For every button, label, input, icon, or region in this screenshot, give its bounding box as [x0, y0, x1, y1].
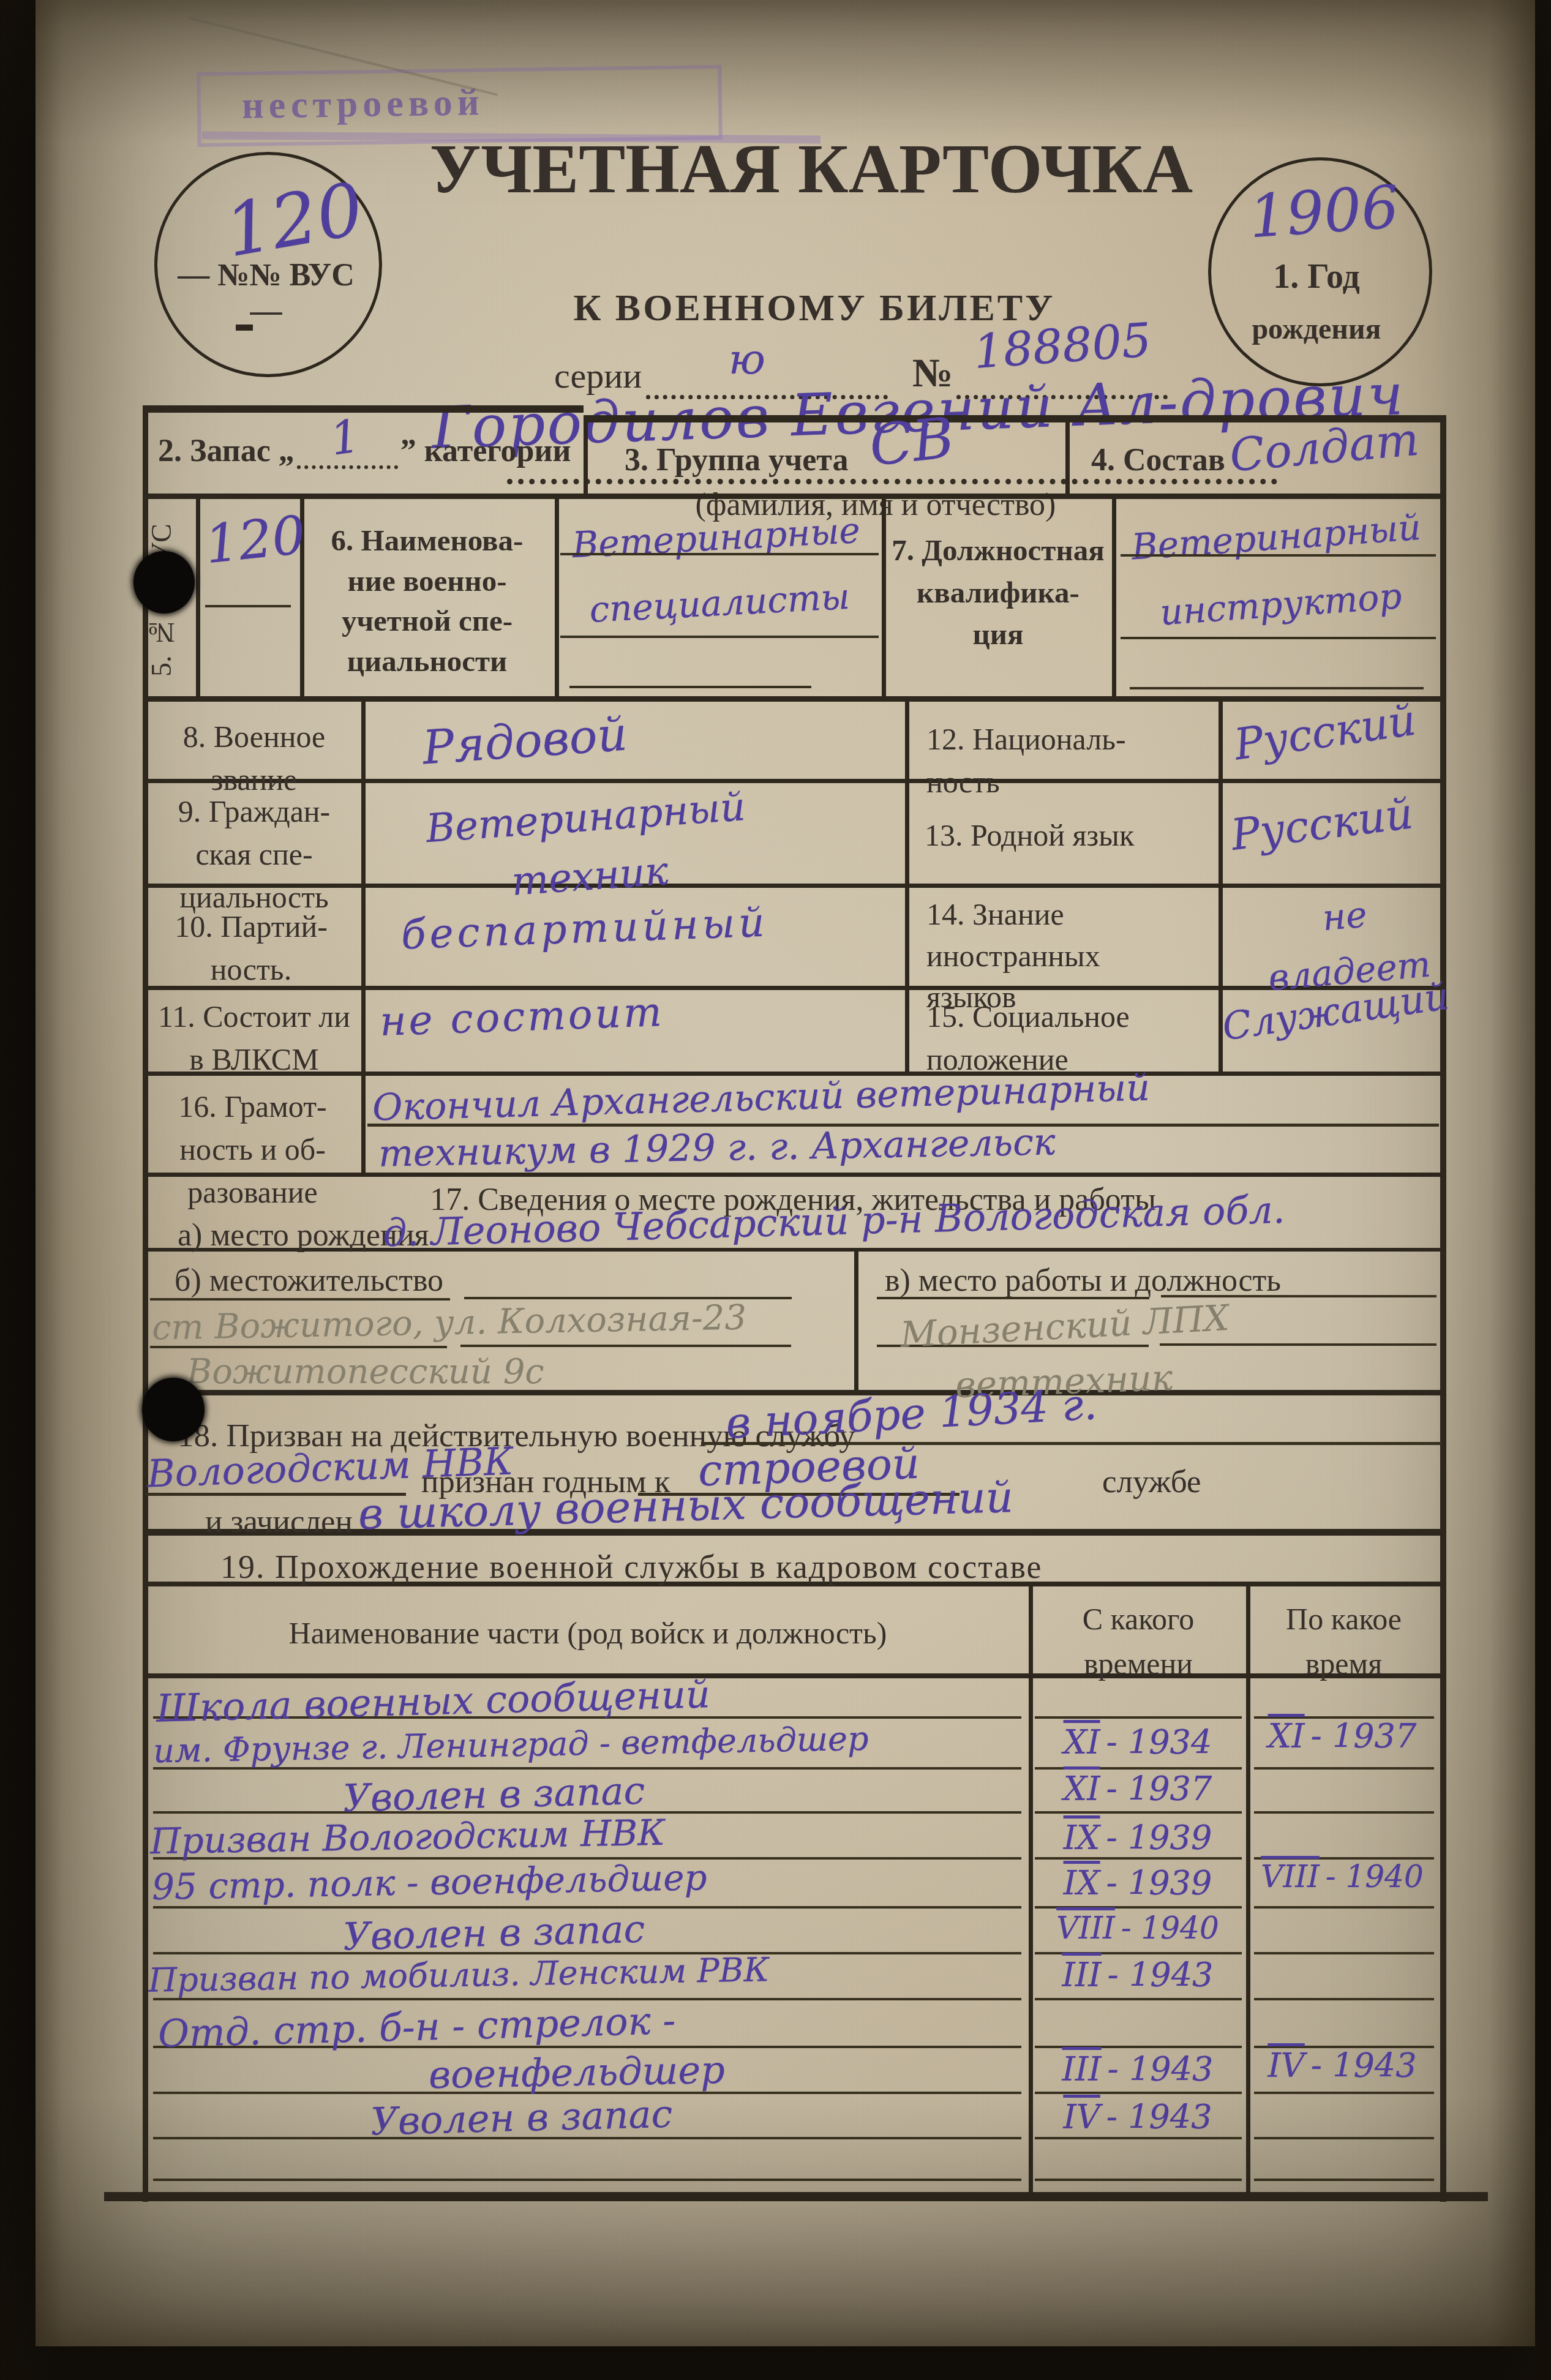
roman-month: IV — [1267, 2046, 1304, 2085]
series-value: ю — [729, 336, 765, 384]
vlksm-label: 11. Состоит ли в ВЛКСМ — [147, 995, 361, 1081]
service-row-name: военфельдшер — [428, 2048, 725, 2097]
divider — [882, 499, 886, 698]
frame-line — [143, 494, 1446, 499]
frame-line — [143, 405, 584, 413]
service-word-label: службе — [1102, 1463, 1201, 1500]
rule-line — [150, 1298, 450, 1301]
kval-label: 7. Должностная квалифика- ция — [888, 530, 1108, 656]
year: - 1940 — [1121, 1910, 1219, 1946]
frame-line — [143, 696, 1446, 702]
year: - 1943 — [1108, 1956, 1214, 1994]
row-sep — [1035, 2092, 1242, 2094]
birthyear-value: 1906 — [1247, 173, 1401, 252]
row-sep — [1254, 1811, 1434, 1814]
rule-line — [1161, 1295, 1436, 1297]
residence-value-2: Вожитопесский 9с — [187, 1352, 544, 1392]
service-row-from: III- 1943 — [1034, 2050, 1242, 2089]
service-row-from: IX- 1939 — [1034, 1819, 1242, 1857]
row-sep — [1035, 1952, 1242, 1954]
year: - 1937 — [1106, 1770, 1212, 1808]
rule-line — [150, 1346, 447, 1348]
service-row-from: IX- 1939 — [1034, 1864, 1242, 1902]
row-sep — [1254, 1906, 1434, 1909]
frame-right-border — [1440, 415, 1446, 2202]
year: - 1937 — [1310, 1717, 1416, 1755]
rule-line — [1121, 554, 1436, 557]
service-row-to: VIII- 1940 — [1250, 1859, 1434, 1894]
table-col2-header: С какого времени — [1034, 1597, 1243, 1686]
row-sep — [1035, 2137, 1242, 2139]
row-sep — [1254, 2137, 1434, 2139]
divider — [1065, 415, 1070, 499]
rule-line — [560, 636, 879, 638]
gruppa-value: СВ — [866, 405, 957, 479]
residence-label: б) местожительство — [175, 1263, 443, 1299]
year: - 1943 — [1108, 2050, 1214, 2089]
stamp-mark — [236, 325, 253, 331]
rule-line — [460, 1345, 791, 1347]
service-row-from: III- 1943 — [1034, 1956, 1242, 1994]
row-sep — [1035, 2179, 1242, 2181]
row-sep — [1035, 1857, 1242, 1860]
birthyear-label-2: рождения — [1215, 312, 1418, 346]
zapas-label-pre: 2. Запас „ — [158, 433, 295, 469]
divider — [905, 700, 909, 1074]
roman-month: XI — [1064, 1723, 1100, 1762]
service-row-name: Уволен в запас — [370, 2092, 673, 2144]
year: - 1939 — [1106, 1819, 1212, 1857]
year: - 1939 — [1106, 1864, 1212, 1902]
divider — [1029, 1585, 1033, 2194]
row-sep — [1035, 2046, 1242, 2048]
row-sep — [1035, 1998, 1242, 2000]
section19-title: 19. Прохождение военной службы в кадрово… — [220, 1548, 1043, 1586]
gruppa-label: 3. Группа учета — [625, 442, 849, 478]
rule-line — [877, 1297, 1149, 1299]
row-sep — [1254, 1952, 1434, 1954]
field-zapas: 2. Запас „ 1 ” категории — [158, 429, 571, 469]
row-sep — [1254, 2092, 1434, 2094]
year: - 1943 — [1106, 2098, 1212, 2136]
rule-line — [1130, 687, 1424, 689]
roman-month: XI — [1268, 1717, 1305, 1755]
divider — [854, 1250, 858, 1391]
vlksm-value: не состоит — [379, 988, 665, 1045]
row-sep — [1035, 1716, 1242, 1719]
native-lang-label: 13. Родной язык — [925, 817, 1134, 853]
table-bottom-border — [104, 2192, 1488, 2201]
row-sep — [153, 2179, 1021, 2181]
scanned-document: нестроевой 120 — №№ ВУС — 1906 1. Год ро… — [0, 0, 1551, 2380]
vus-circle-label: — №№ ВУС — — [160, 257, 372, 329]
roman-month: III — [1062, 2050, 1102, 2089]
roman-month: VIII — [1261, 1859, 1319, 1894]
divider — [584, 415, 588, 499]
spec-label: 6. Наименова- ние военно- учетной спе- ц… — [306, 520, 548, 681]
divider — [361, 700, 366, 1175]
divider — [1246, 1585, 1250, 2194]
row-sep — [1254, 1998, 1434, 2000]
zvanie-label: 8. Военное звание — [150, 715, 358, 801]
service-row-from: IV- 1943 — [1034, 2098, 1242, 2136]
zapas-label-post: ” категории — [400, 433, 571, 469]
roman-month: IV — [1063, 2098, 1100, 2136]
spec-value: Ветеринарные специалисты — [557, 497, 879, 645]
roman-month: IX — [1064, 1819, 1100, 1857]
row-sep — [1035, 1811, 1242, 1814]
roman-month: XI — [1064, 1770, 1100, 1808]
roman-month: IX — [1064, 1864, 1100, 1902]
table-col3-header: По какое время — [1250, 1597, 1437, 1686]
year: - 1943 — [1311, 2046, 1417, 2085]
nestroevoy-stamp-text: нестроевой — [242, 81, 484, 128]
civil-spec-label: 9. Граждан- ская спе- циальность — [150, 790, 358, 918]
service-row-from: VIII- 1940 — [1034, 1910, 1242, 1946]
rule-line — [1121, 637, 1436, 639]
year: - 1940 — [1326, 1859, 1424, 1894]
workplace-label: в) место работы и должность — [885, 1263, 1281, 1299]
service-row-from: XI- 1937 — [1034, 1770, 1242, 1808]
rule-line — [560, 553, 879, 555]
service-row-from: XI- 1934 — [1034, 1723, 1242, 1762]
rule-line — [205, 605, 291, 607]
service-row-to: XI- 1937 — [1250, 1717, 1434, 1755]
rule-line — [569, 686, 811, 688]
hole-punch — [142, 1378, 205, 1441]
nationality-label: 12. Националь- ность — [915, 718, 1190, 803]
enlisted-label: и зачислен — [205, 1503, 353, 1540]
service-row-to: IV- 1943 — [1250, 2046, 1434, 2085]
birthyear-label-1: 1. Год — [1215, 257, 1418, 296]
party-label: 10. Партий- ность. — [150, 905, 352, 991]
roman-month: VIII — [1056, 1910, 1114, 1946]
table-col1-header: Наименование части (род войск и должност… — [150, 1615, 1026, 1651]
service-row-name: Уволен в запас — [342, 1907, 645, 1959]
roman-month: III — [1062, 1956, 1102, 1994]
card-title: УЧЕТНАЯ КАРТОЧКА — [392, 129, 1231, 209]
year: - 1934 — [1106, 1723, 1212, 1762]
row-sep — [1254, 2179, 1434, 2181]
zapas-blank: 1 — [297, 429, 398, 469]
divider — [196, 499, 200, 698]
vus-number-value: 120 — [202, 505, 309, 576]
row-sep — [1035, 1906, 1242, 1909]
kval-value: Ветеринарный инструктор — [1115, 492, 1442, 649]
social-label: 15. Социальное положение — [915, 995, 1196, 1081]
rule-line — [1160, 1343, 1436, 1346]
sostav-label: 4. Состав — [1091, 442, 1225, 478]
row-sep — [1254, 1767, 1434, 1770]
hole-punch — [133, 551, 195, 614]
